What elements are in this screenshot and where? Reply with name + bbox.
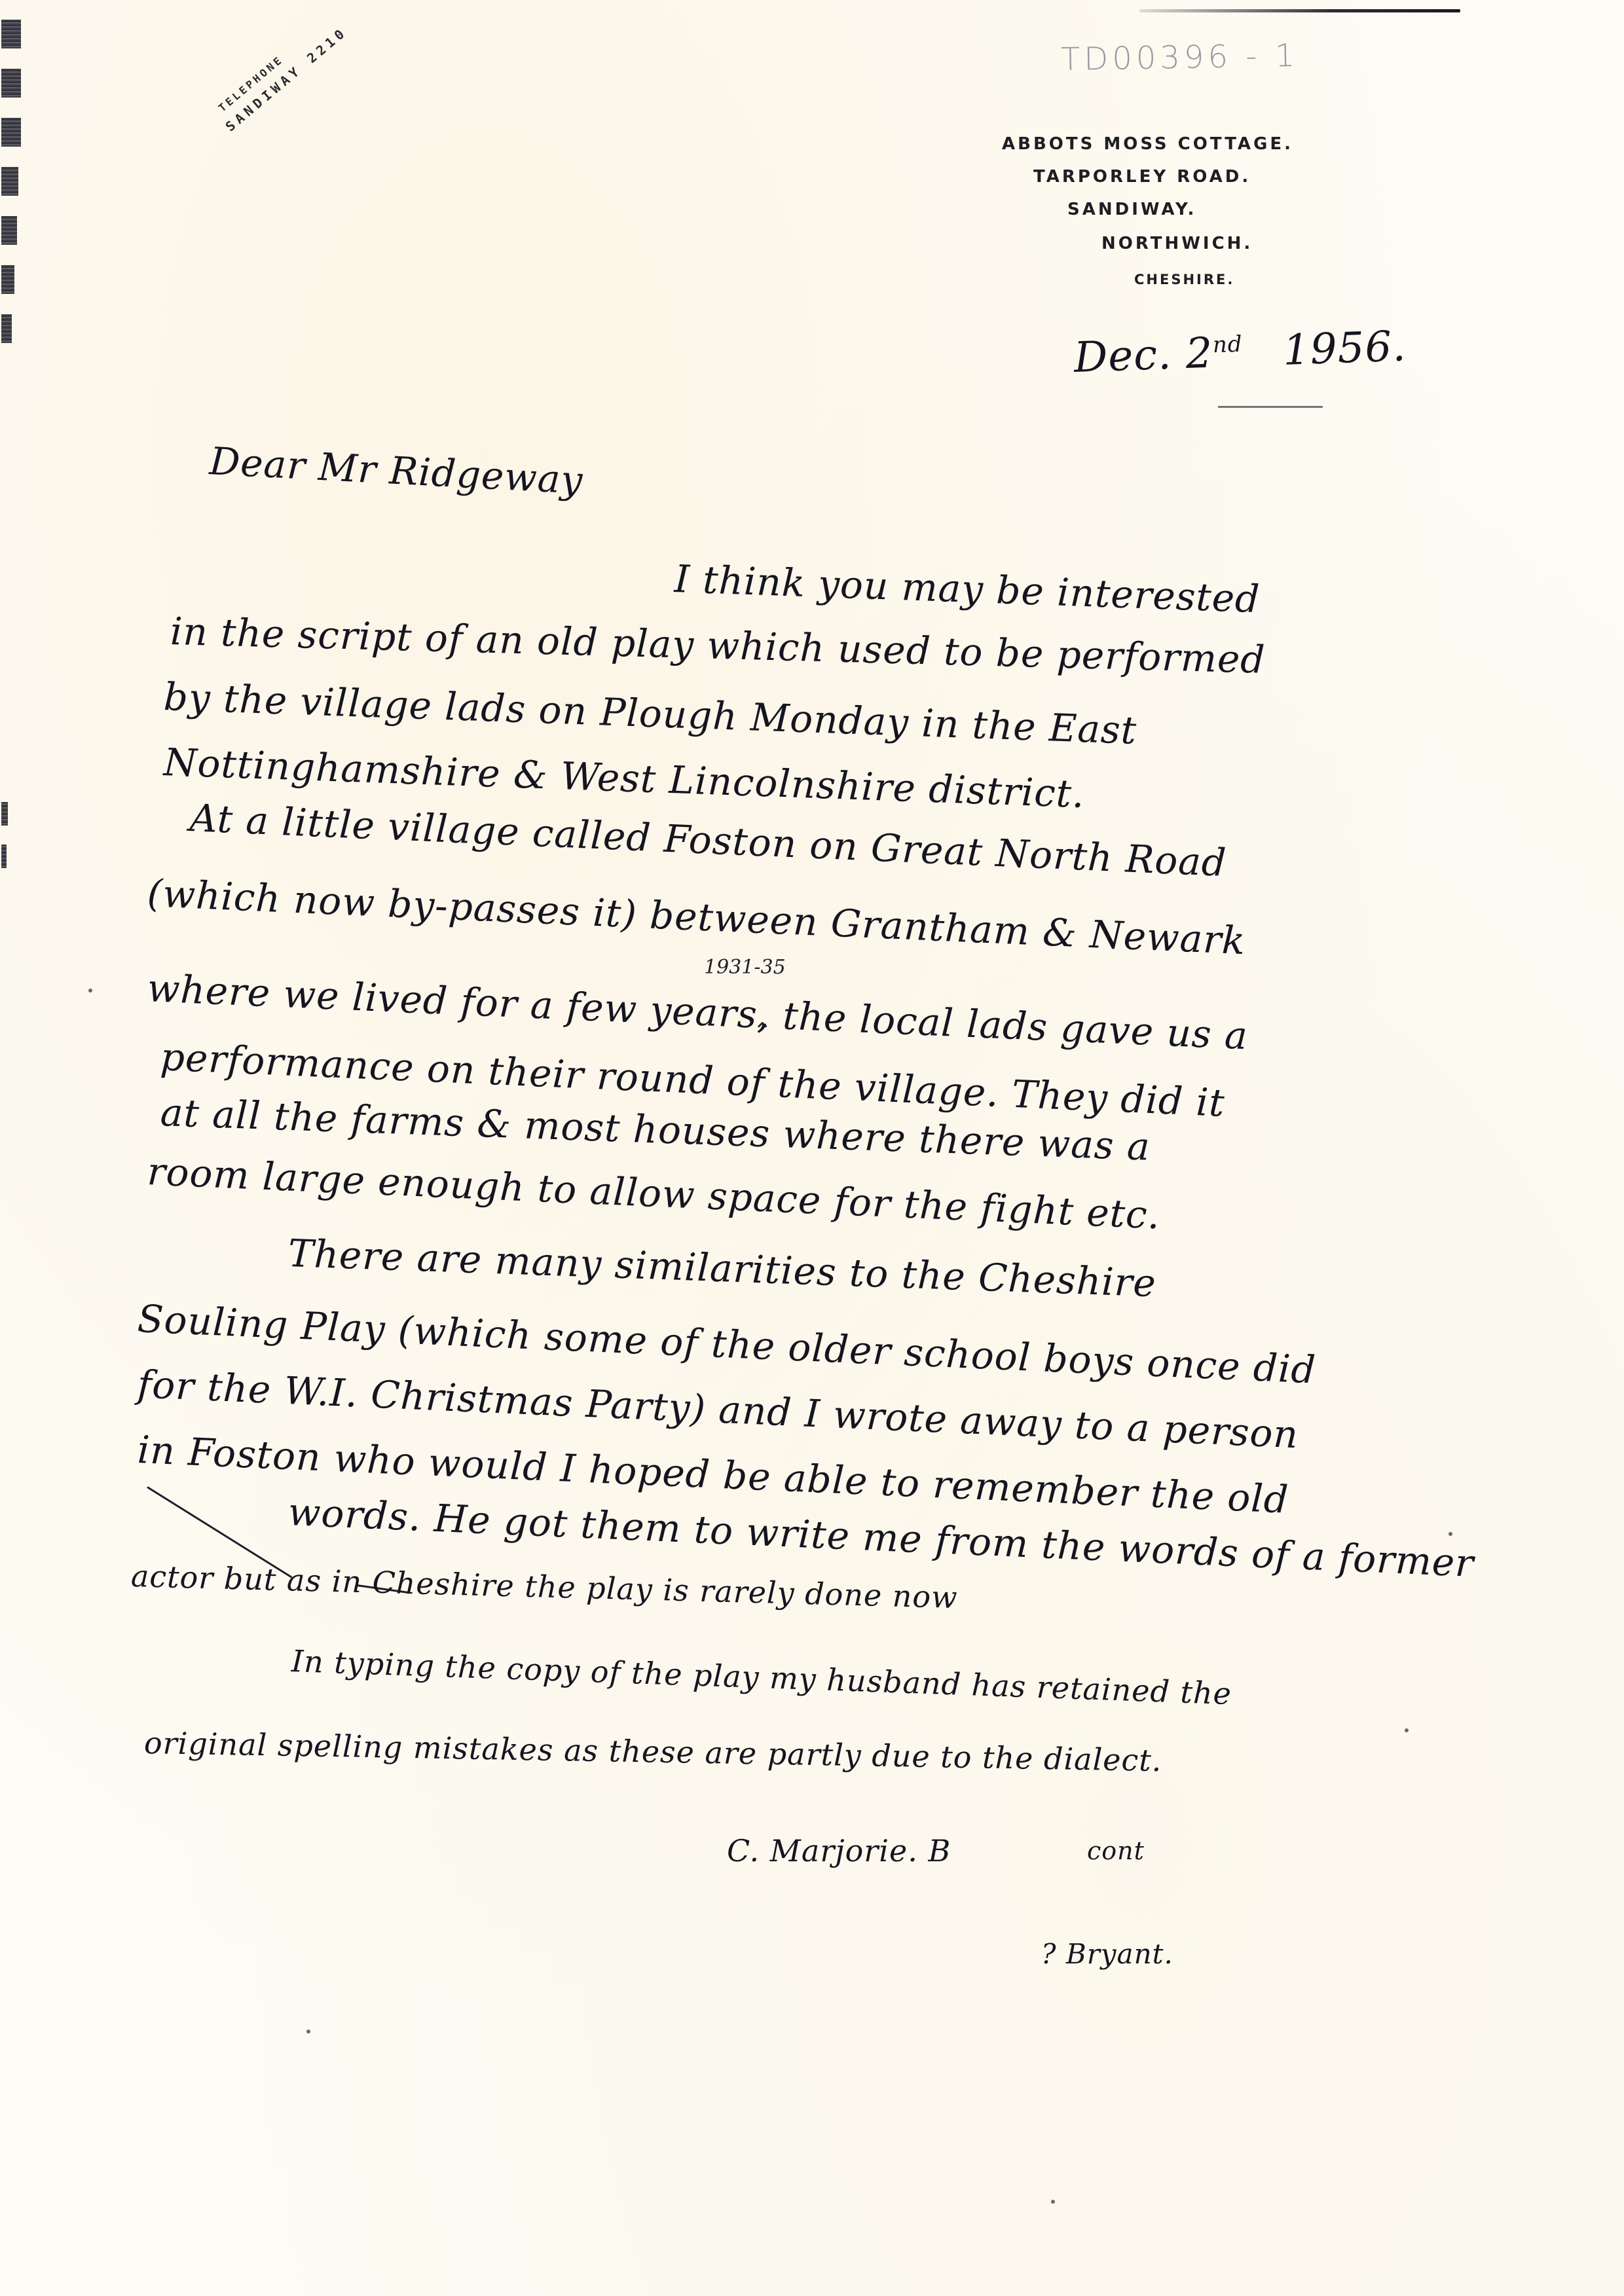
- signature-surname-note: ? Bryant.: [1041, 1938, 1173, 1970]
- date-day-month: Dec. 2: [1073, 329, 1214, 382]
- body-line: In typing the copy of the play my husban…: [291, 1643, 1232, 1711]
- binding-hole-icon: [1, 314, 12, 343]
- insertion-years-note: 1931-35: [704, 956, 786, 979]
- ink-speck: [88, 989, 92, 993]
- body-line: I think you may be interested: [674, 556, 1261, 621]
- telephone-stamp: Telephone Sandiway 2210: [216, 10, 350, 130]
- address-line-house: ABBOTS MOSS COTTAGE.: [1002, 134, 1293, 154]
- signature-name: C. Marjorie. B: [727, 1833, 951, 1868]
- date-year: 1956.: [1282, 322, 1407, 375]
- ink-speck: [1051, 2200, 1055, 2204]
- signature-continuation-note: cont: [1087, 1836, 1145, 1865]
- letter-date: Dec. 2nd 1956.: [1073, 322, 1407, 382]
- binding-hole-icon: [1, 69, 21, 98]
- address-line-town: NORTHWICH.: [1101, 234, 1253, 253]
- body-line: There are many similarities to the Chesh…: [287, 1231, 1157, 1305]
- binding-hole-icon: [1, 216, 17, 245]
- body-line: (which now by-passes it) between Grantha…: [147, 871, 1247, 963]
- binding-holes: [0, 0, 26, 2296]
- body-line: original spelling mistakes as these are …: [144, 1725, 1162, 1778]
- body-line: by the village lads on Plough Monday in …: [163, 674, 1137, 753]
- address-line-village: SANDIWAY.: [1067, 200, 1196, 219]
- archive-reference-number: TD00396 - 1: [1061, 37, 1299, 78]
- binding-hole-icon: [1, 845, 7, 868]
- body-line: actor but as in Cheshire the play is rar…: [130, 1558, 958, 1615]
- binding-hole-icon: [1, 802, 8, 826]
- address-line-county: Cheshire.: [1134, 272, 1234, 287]
- telephone-number: Sandiway 2210: [223, 24, 350, 134]
- binding-hole-icon: [1, 265, 14, 294]
- ink-speck: [1449, 1532, 1452, 1536]
- binding-hole-icon: [1, 118, 21, 147]
- address-line-road: TARPORLEY ROAD.: [1033, 167, 1251, 187]
- ink-speck: [1405, 1728, 1409, 1732]
- date-ordinal: nd: [1212, 331, 1243, 359]
- salutation: Dear Mr Ridgeway: [208, 439, 584, 503]
- binding-hole-icon: [1, 167, 18, 196]
- top-edge-rule: [1139, 9, 1460, 12]
- body-line: in the script of an old play which used …: [170, 609, 1266, 682]
- binding-hole-icon: [1, 20, 21, 48]
- ink-speck: [306, 2030, 310, 2033]
- date-underline: [1218, 406, 1323, 408]
